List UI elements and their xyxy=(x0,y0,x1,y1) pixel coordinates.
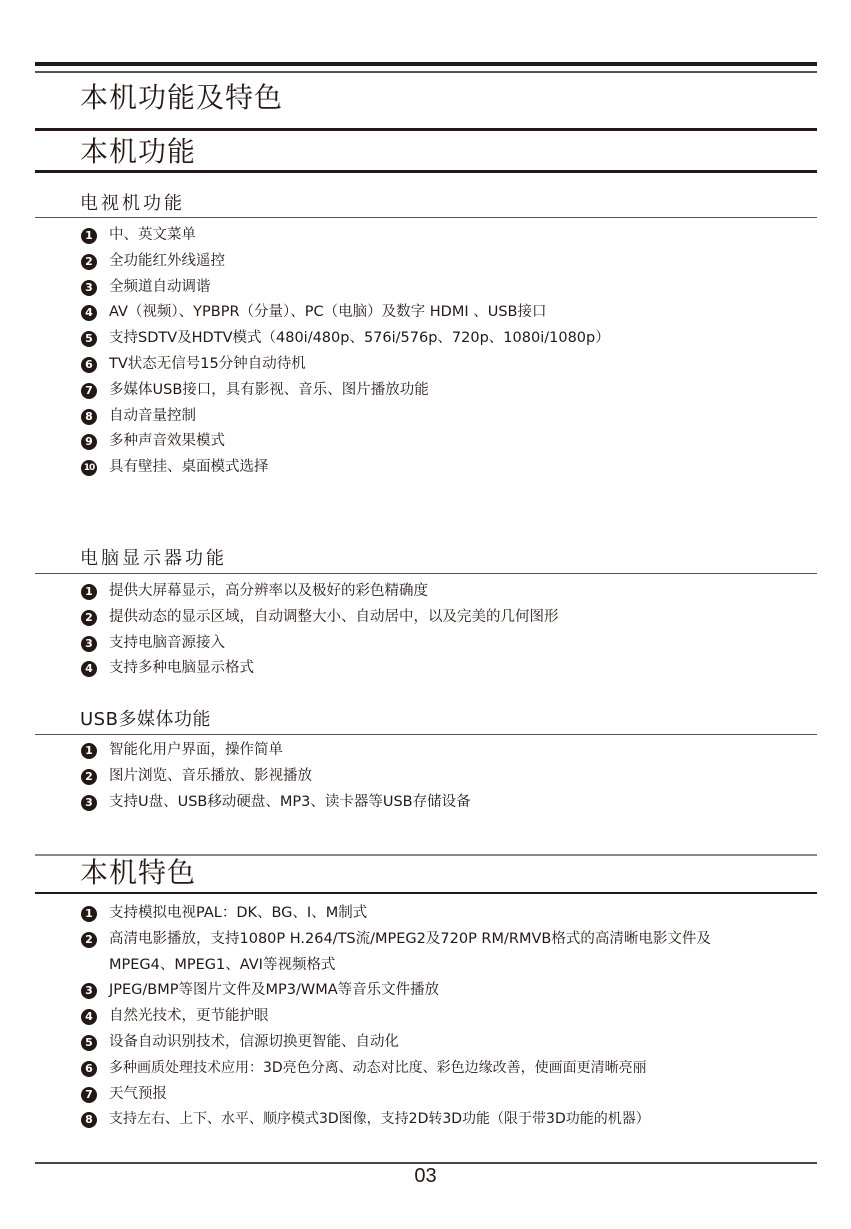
number-badge-icon: 2 xyxy=(81,254,97,270)
list-item: 8支持左右、上下、水平、顺序模式3D图像，支持2D转3D功能（限于带3D功能的机… xyxy=(81,1110,829,1136)
number-badge-icon: 8 xyxy=(81,1112,97,1128)
features-title-rule xyxy=(35,892,817,894)
list-item: 3支持U盘、USB移动硬盘、MP3、读卡器等USB存储设备 xyxy=(81,793,789,819)
usb-functions-list: 1智能化用户界面，操作简单 2图片浏览、音乐播放、影视播放 3支持U盘、USB移… xyxy=(81,741,789,818)
tv-functions-list: 1中、英文菜单 2全功能红外线遥控 3全频道自动调谐 4AV（视频）、YPBPR… xyxy=(81,226,789,484)
top-rule-thick xyxy=(35,62,817,66)
number-badge-icon: 5 xyxy=(81,1035,97,1051)
features-list: 1支持模拟电视PAL：DK、BG、I、M制式 2高清电影播放，支持1080P H… xyxy=(81,904,829,1136)
number-badge-icon: 6 xyxy=(81,357,97,373)
functions-title-rule xyxy=(35,170,817,173)
number-badge-icon: 3 xyxy=(81,983,97,999)
usb-functions-heading: USB多媒体功能 xyxy=(80,709,211,731)
number-badge-icon: 6 xyxy=(81,1061,97,1077)
tv-functions-heading: 电视机功能 xyxy=(80,193,185,215)
number-badge-icon: 1 xyxy=(81,228,97,244)
number-badge-icon: 3 xyxy=(81,280,97,296)
number-badge-icon: 1 xyxy=(81,584,97,600)
features-title: 本机特色 xyxy=(80,857,196,889)
usb-functions-rule xyxy=(35,734,817,735)
number-badge-icon: 9 xyxy=(81,434,97,450)
number-badge-icon: 3 xyxy=(81,795,97,811)
number-badge-icon: 1 xyxy=(81,743,97,759)
number-badge-icon: 10 xyxy=(81,460,97,476)
chapter-title: 本机功能及特色 xyxy=(80,82,283,114)
list-item: 4支持多种电脑显示格式 xyxy=(81,659,789,685)
number-badge-icon: 1 xyxy=(81,906,97,922)
number-badge-icon: 4 xyxy=(81,305,97,321)
pc-functions-heading: 电脑显示器功能 xyxy=(80,548,227,570)
number-badge-icon: 7 xyxy=(81,383,97,399)
number-badge-icon: 8 xyxy=(81,409,97,425)
pc-functions-list: 1提供大屏幕显示，高分辨率以及极好的彩色精确度 2提供动态的显示区域，自动调整大… xyxy=(81,582,789,685)
list-item: 2高清电影播放，支持1080P H.264/TS流/MPEG2及720P RM/… xyxy=(81,930,829,982)
number-badge-icon: 5 xyxy=(81,331,97,347)
number-badge-icon: 4 xyxy=(81,1009,97,1025)
list-item: 10具有壁挂、桌面模式选择 xyxy=(81,458,789,484)
chapter-title-rule xyxy=(35,128,817,131)
footer-rule xyxy=(35,1162,817,1164)
tv-functions-rule xyxy=(35,217,817,218)
number-badge-icon: 4 xyxy=(81,661,97,677)
pc-functions-rule xyxy=(35,573,817,574)
top-rule-thin xyxy=(35,71,817,73)
number-badge-icon: 2 xyxy=(81,932,97,948)
number-badge-icon: 2 xyxy=(81,769,97,785)
page-number: 03 xyxy=(0,1165,851,1188)
number-badge-icon: 3 xyxy=(81,636,97,652)
number-badge-icon: 2 xyxy=(81,610,97,626)
functions-title: 本机功能 xyxy=(80,136,196,168)
number-badge-icon: 7 xyxy=(81,1087,97,1103)
